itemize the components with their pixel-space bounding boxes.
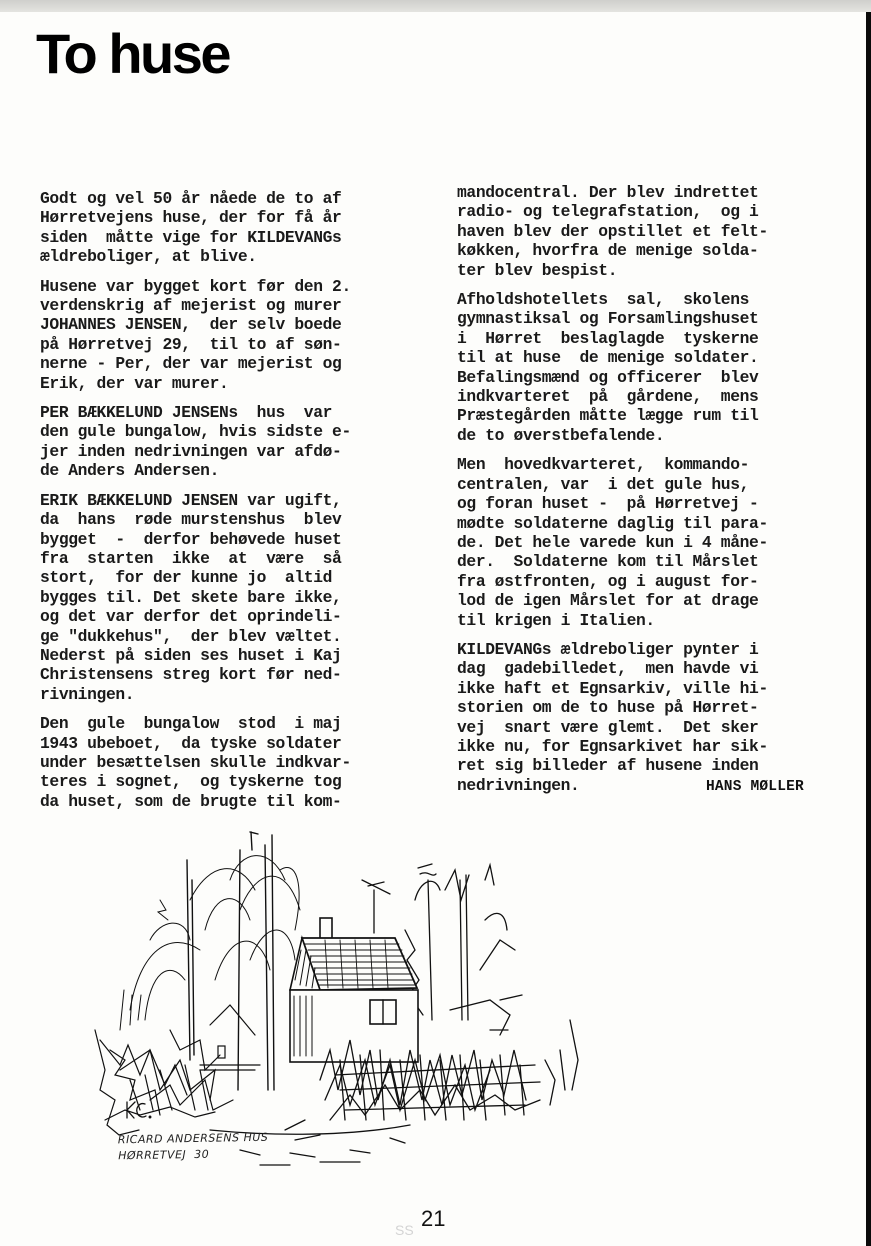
right-text-column: mandocentral. Der blev indrettet radio- … bbox=[457, 183, 857, 805]
left-paragraph: Husene var bygget kort før den 2. verden… bbox=[40, 277, 440, 393]
antenna-icon bbox=[362, 880, 390, 933]
right-paragraph: Men hovedkvarteret, kommando- centralen,… bbox=[457, 455, 857, 630]
bleed-through-mark: SS bbox=[395, 1222, 414, 1238]
right-paragraph: Afholdshotellets sal, skolens gymnastiks… bbox=[457, 290, 857, 445]
left-text-column: Godt og vel 50 år nåede de to af Hørretv… bbox=[40, 189, 440, 821]
left-paragraph: ERIK BÆKKELUND JENSEN var ugift, da hans… bbox=[40, 491, 440, 704]
caption-line-1: RICARD ANDERSENS HUS bbox=[118, 1130, 269, 1149]
left-paragraph: Godt og vel 50 år nåede de to af Hørretv… bbox=[40, 189, 440, 267]
artist-initials bbox=[127, 1102, 151, 1118]
caption-line-2: HØRRETVEJ 30 bbox=[118, 1146, 269, 1165]
left-paragraph: PER BÆKKELUND JENSENs hus var den gule b… bbox=[40, 403, 440, 481]
illustration-caption: RICARD ANDERSENS HUS HØRRETVEJ 30 bbox=[118, 1130, 269, 1165]
right-paragraph: mandocentral. Der blev indrettet radio- … bbox=[457, 183, 857, 280]
left-paragraph: Den gule bungalow stod i maj 1943 ubeboe… bbox=[40, 714, 440, 811]
page-number: 21 bbox=[421, 1206, 445, 1232]
author-signature: HANS MØLLER bbox=[706, 779, 804, 795]
house-icon bbox=[290, 918, 418, 1062]
article-title: To huse bbox=[36, 26, 229, 82]
scanner-edge-strip bbox=[0, 0, 871, 12]
right-paragraph: KILDEVANGs ældreboliger pynter i dag gad… bbox=[457, 640, 857, 795]
house-illustration bbox=[90, 820, 870, 1170]
